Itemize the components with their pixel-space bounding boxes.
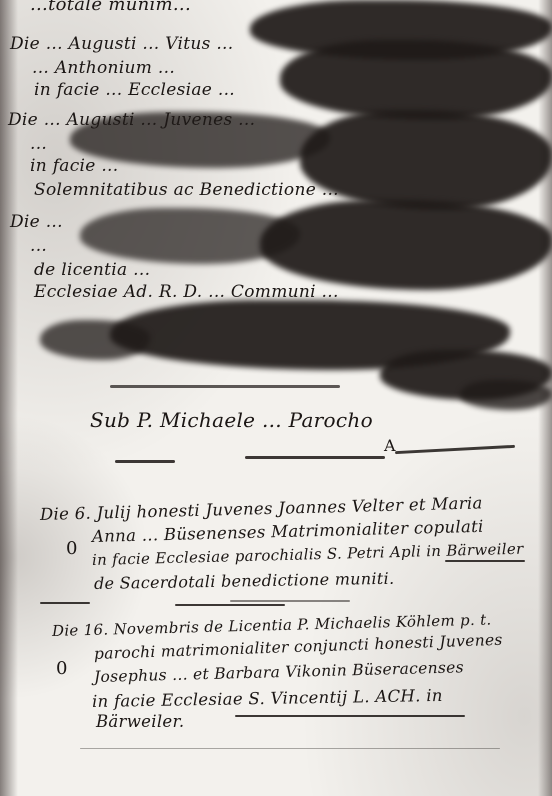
margin-mark-entry-1: 0 [66,538,77,559]
entry-2-line-4: in facie Ecclesiae S. Vincentij L. ACH. … [92,686,443,711]
divider-rule [110,385,340,388]
section-marker: A [384,436,396,455]
redacted-entry-1-line-1: Die ... Augusti ... Vitus ... [10,34,233,54]
divider-rule [230,600,350,602]
entry-1-end-rule [445,560,525,562]
redacted-entry-2-line-4: Solemnitatibus ac Benedictione ... [34,180,339,200]
redacted-entry-1-line-2: ... Anthonium ... [32,58,175,78]
redacted-entry-3-line-4: Ecclesiae Ad. R. D. ... Communi ... [34,282,339,302]
redaction-blot [460,380,552,410]
heading-underline-right [395,445,515,454]
redacted-entry-3-line-3: de licentia ... [34,260,150,280]
margin-mark-entry-2: 0 [56,658,67,679]
divider-rule [40,602,90,604]
entry-2-line-3: Josephus ... et Barbara Vikonin Büserace… [94,658,464,686]
section-heading: Sub P. Michaele ... Parocho [90,408,373,432]
redaction-blot [40,320,150,360]
heading-underline-left [115,460,175,463]
redacted-entry-3-line-2: ... [30,236,47,256]
header-fragment: ...totale munim... [30,0,191,15]
redacted-entry-2-line-2: ... [30,134,47,154]
redacted-entry-2-line-3: in facie ... [30,156,118,176]
redacted-entry-3-line-1: Die ... [10,212,63,232]
redaction-blot [280,40,552,120]
register-page: ...totale munim... Die ... Augusti ... V… [0,0,552,796]
redacted-entry-1-line-3: in facie ... Ecclesiae ... [34,80,235,100]
divider-rule [175,604,285,606]
entry-2-line-5: Bärweiler. [96,712,184,731]
divider-rule [80,748,500,749]
entry-2-end-rule [235,715,465,717]
heading-underline-center [245,456,385,459]
redaction-blot [260,200,552,290]
entry-1-line-4: de Sacerdotali benedictione muniti. [94,569,395,593]
